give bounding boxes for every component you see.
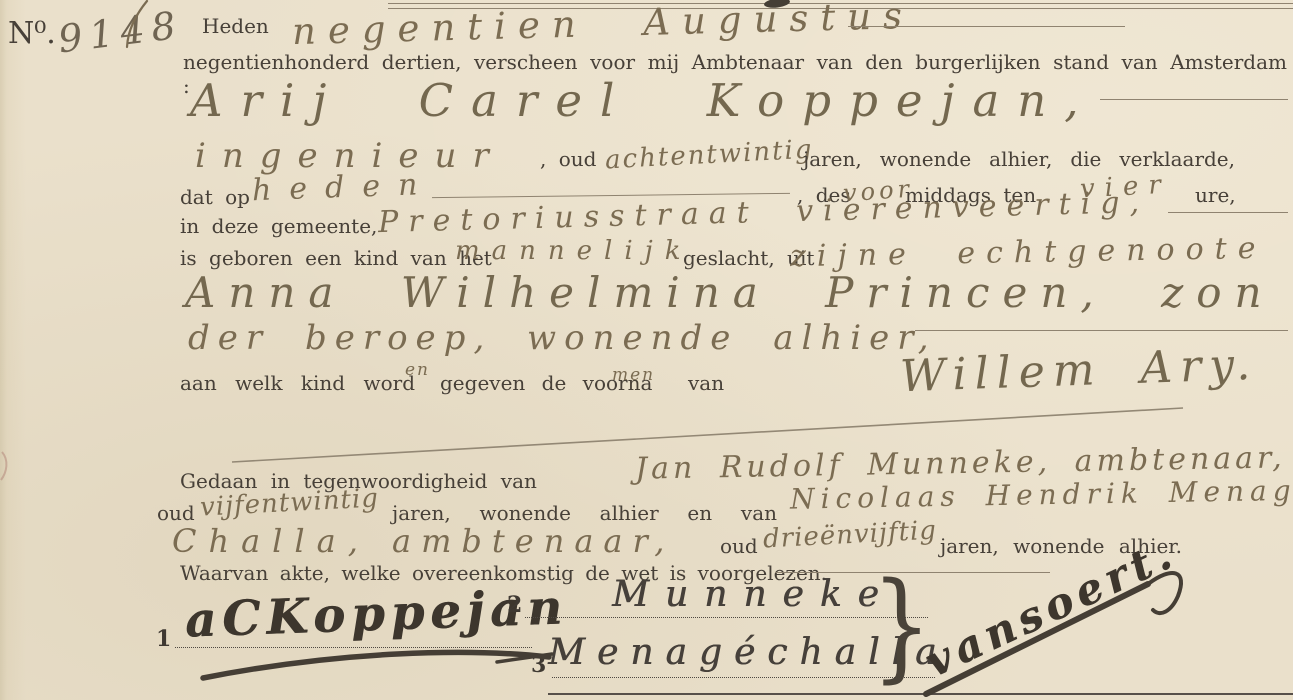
heden-label: Heden xyxy=(202,14,269,38)
birth-certificate-scan: N⁰. 9148 Heden negentien Augustus negent… xyxy=(0,0,1293,700)
kind-word-label: aan welk kind word xyxy=(180,371,415,395)
gender-handwritten: mannelijk xyxy=(455,236,692,266)
dat-op-label: dat op xyxy=(180,185,250,209)
date-handwritten: negentien Augustus xyxy=(292,0,915,53)
signature1-number: 1 xyxy=(156,626,171,652)
fill-line-after-name xyxy=(1100,99,1288,100)
signature3-number: 3 xyxy=(531,652,546,678)
witness2-name2-handwritten: Challa, xyxy=(172,522,370,560)
signature2-dotted-line xyxy=(525,617,928,618)
fill-line-after-mother xyxy=(915,330,1288,331)
signature1-underline-flourish xyxy=(203,652,549,678)
mother-name-handwritten: Anna Wilhelmina Princen, zon - xyxy=(185,268,1293,317)
act-number: 9148 xyxy=(56,3,185,62)
age-handwritten: achtentwintig xyxy=(604,135,814,176)
mother-cont-handwritten: der beroep, wonende alhier, xyxy=(188,318,937,358)
child-names-handwritten: Willem Ary. xyxy=(899,339,1259,402)
signature2-witness1: Munneke xyxy=(612,574,895,615)
gemeente-label: in deze gemeente, xyxy=(180,214,377,238)
bottom-rule xyxy=(548,693,1293,695)
witness2-occupation-handwritten: ambtenaar, xyxy=(392,522,674,560)
oud-label: , oud xyxy=(540,147,596,171)
declarant-name-handwritten: Arij Carel Koppejan, xyxy=(190,74,1097,127)
ure-label: ure, xyxy=(1195,183,1236,207)
witness2-age-handwritten: drieënvijftig xyxy=(762,515,937,554)
van-label: van xyxy=(688,371,724,395)
geboren-label: is geboren een kind van het xyxy=(180,246,492,270)
signatures-brace: } xyxy=(872,566,932,684)
signature2-number: 2 xyxy=(507,592,522,618)
act-number-label: N⁰. xyxy=(8,16,56,51)
left-edge-red-mark xyxy=(1,452,6,480)
voorna-suffix-handwritten: men xyxy=(612,365,655,385)
date2-handwritten: heden xyxy=(251,167,435,208)
fill-line-after-date xyxy=(848,26,1125,27)
fill-line-after-address xyxy=(1168,212,1288,213)
word-suffix-handwritten: en xyxy=(405,360,430,380)
after-age-label: jaren, wonende alhier, die verklaarde, xyxy=(803,147,1235,171)
oud3-label: oud xyxy=(720,534,758,558)
